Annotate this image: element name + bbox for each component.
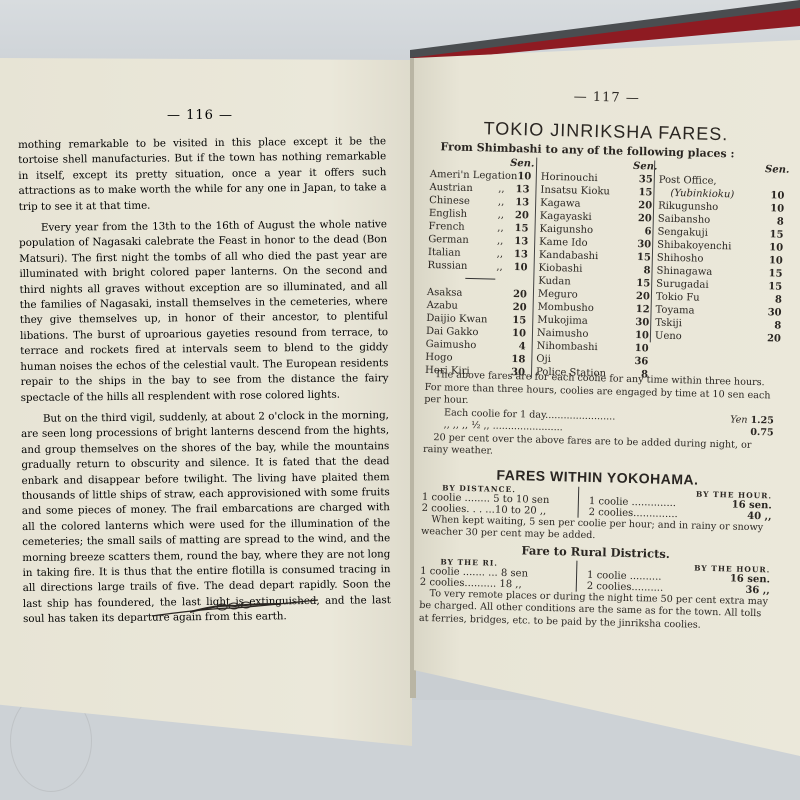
- paragraph: Every year from the 13th to the 16th of …: [19, 217, 389, 406]
- table-row: Police Station8: [536, 366, 648, 382]
- left-page-body: mothing remarkable to be visited in this…: [18, 134, 391, 633]
- sen-header: Sen.: [510, 157, 530, 170]
- table-row: Hori Kiri30: [425, 364, 525, 379]
- ornament-divider-icon: [150, 596, 320, 620]
- fare-column-a: Sen. Ameri'n Legation10 Austrian,,13 Chi…: [425, 155, 530, 379]
- fare-column-c: Sen. Post Office, (Yubinkioku)10 Rikugun…: [650, 160, 785, 345]
- left-page-number: — 116 —: [0, 108, 400, 123]
- fares-page-content: — 117 — TOKIO JINRIKSHA FARES. From Shim…: [419, 86, 782, 633]
- divider: [465, 278, 495, 280]
- sen-header: Sen.: [633, 160, 653, 173]
- tokio-fare-notes: The above fares are for each coolie for …: [423, 369, 775, 465]
- sen-header: Sen.: [765, 163, 785, 176]
- fare-column-b: Sen. Horinouchi35 Insatsu Kioku15 Kagawa…: [531, 158, 653, 382]
- table-row: Russian,,10: [427, 259, 527, 274]
- paragraph: mothing remarkable to be visited in this…: [18, 134, 387, 215]
- paragraph: But on the third vigil, suddenly, at abo…: [21, 408, 391, 628]
- tokio-fare-table: Sen. Ameri'n Legation10 Austrian,,13 Chi…: [425, 155, 780, 373]
- table-row: Ueno20: [655, 330, 781, 346]
